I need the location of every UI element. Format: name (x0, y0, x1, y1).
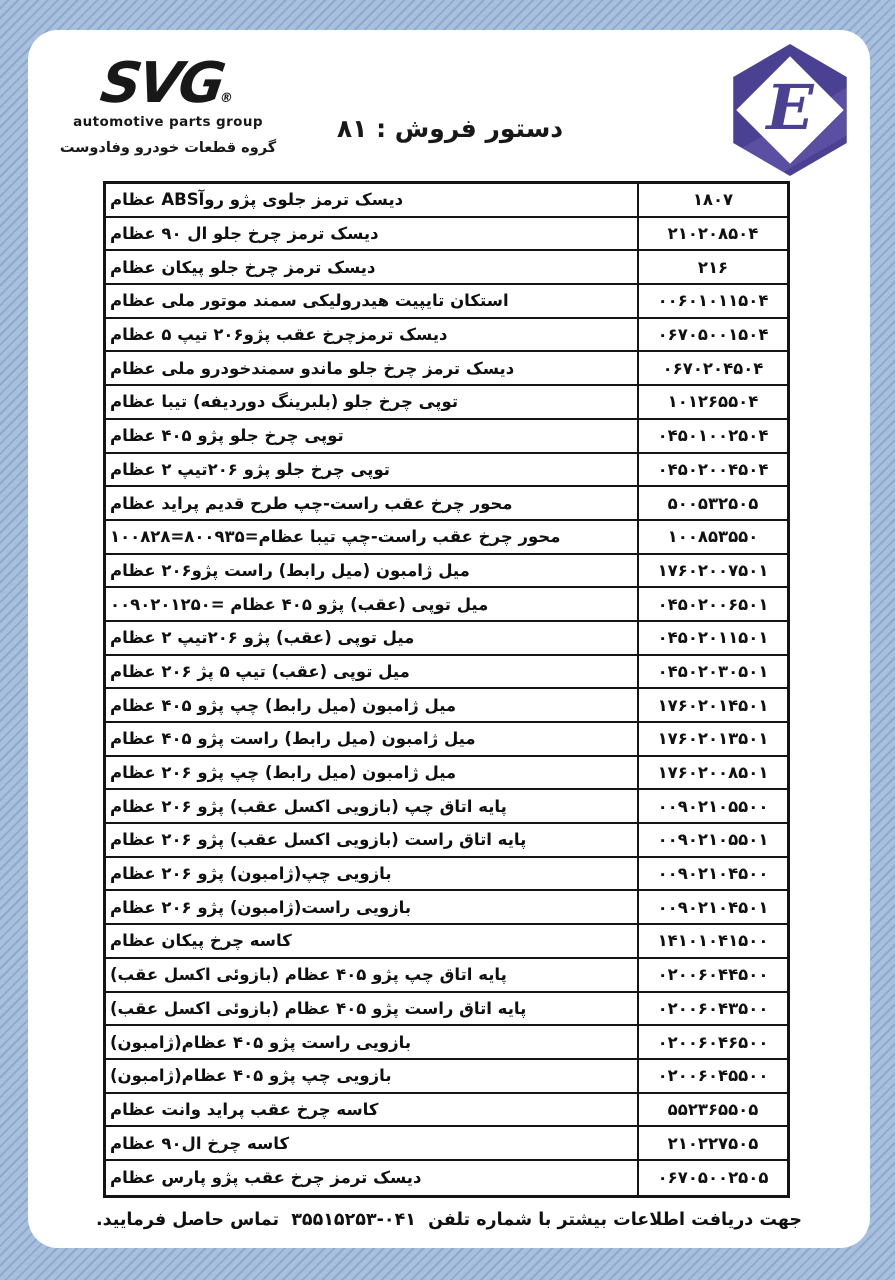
brand-tagline: گروه قطعات خودرو وفادوست (58, 140, 278, 156)
part-code-cell: ۰۴۵۰۲۰۳۰۵۰۱ (637, 656, 787, 688)
part-description-cell: بازویی راست(ژامبون) پژو ۲۰۶ عظام (106, 891, 637, 923)
part-code-cell: ۰۰۹۰۲۱۰۵۵۰۱ (637, 824, 787, 856)
part-code-cell: ۱۷۶۰۲۰۱۴۵۰۱ (637, 689, 787, 721)
part-description-cell: دیسک ترمزچرخ عقب پژو۲۰۶ تیپ ۵ عظام (106, 319, 637, 351)
ezam-emblem-icon: E (724, 44, 856, 176)
part-description-cell: میل ژامبون (میل رابط) چپ پژو ۲۰۶ عظام (106, 757, 637, 789)
brand-subtitle: automotive parts group (58, 114, 278, 130)
part-description-cell: میل ژامبون (میل رابط) راست پژو ۴۰۵ عظام (106, 723, 637, 755)
table-row: دیسک ترمز چرخ جلو پیکان عظام ۲۱۶ (106, 251, 787, 285)
part-code-cell: ۰۰۹۰۲۱۰۴۵۰۱ (637, 891, 787, 923)
table-row: توپی چرخ جلو (بلبرینگ دوردیفه) تیبا عظام… (106, 386, 787, 420)
part-description-cell: میل ژامبون (میل رابط) چپ پژو ۴۰۵ عظام (106, 689, 637, 721)
part-description-cell: بازویی چپ پژو ۴۰۵ عظام(ژامبون) (106, 1060, 637, 1092)
table-row: بازویی چپ پژو ۴۰۵ عظام(ژامبون) ۰۲۰۰۶۰۴۵۵… (106, 1060, 787, 1094)
part-code-cell: ۱۷۶۰۲۰۰۷۵۰۱ (637, 555, 787, 587)
part-code-cell: ۱۰۰۸۵۳۵۵۰ (637, 521, 787, 553)
part-description-cell: توپی چرخ جلو پژو ۲۰۶تیپ ۲ عظام (106, 454, 637, 486)
part-code-cell: ۰۴۵۰۲۰۰۴۵۰۴ (637, 454, 787, 486)
part-code-cell: ۰۲۰۰۶۰۴۴۵۰۰ (637, 959, 787, 991)
table-row: محور چرخ عقب راست-چپ تیبا عظام=۸۰۰۹۳۵=۱۰… (106, 521, 787, 555)
part-code-cell: ۰۲۰۰۶۰۴۵۵۰۰ (637, 1060, 787, 1092)
part-code-cell: ۰۴۵۰۲۰۰۶۵۰۱ (637, 588, 787, 620)
part-code-cell: ۱۴۱۰۱۰۴۱۵۰۰ (637, 925, 787, 957)
table-row: دیسک ترمزچرخ عقب پژو۲۰۶ تیپ ۵ عظام ۰۶۷۰۵… (106, 319, 787, 353)
table-row: میل ژامبون (میل رابط) راست پژو ۴۰۵ عظام … (106, 723, 787, 757)
part-description-cell: بازویی راست پژو ۴۰۵ عظام(ژامبون) (106, 1026, 637, 1058)
part-code-cell: ۰۴۵۰۲۰۱۱۵۰۱ (637, 622, 787, 654)
table-row: پایه اتاق چپ (بازویی اکسل عقب) پژو ۲۰۶ ع… (106, 790, 787, 824)
part-description-cell: کاسه چرخ پیکان عظام (106, 925, 637, 957)
part-code-cell: ۲۱۰۲۲۷۵۰۵ (637, 1127, 787, 1159)
part-code-cell: ۰۲۰۰۶۰۴۶۵۰۰ (637, 1026, 787, 1058)
part-description-cell: میل توپی (عقب) تیپ ۵ پژ ۲۰۶ عظام (106, 656, 637, 688)
part-description-cell: میل ژامبون (میل رابط) راست پژو۲۰۶ عظام (106, 555, 637, 587)
part-code-cell: ۵۰۰۵۳۲۵۰۵ (637, 487, 787, 519)
table-row: میل ژامبون (میل رابط) چپ پژو ۲۰۶ عظام ۱۷… (106, 757, 787, 791)
part-code-cell: ۱۷۶۰۲۰۱۳۵۰۱ (637, 723, 787, 755)
part-code-cell: ۱۰۱۲۶۵۵۰۴ (637, 386, 787, 418)
table-row: استکان تایپیت هیدرولیکی سمند موتور ملی ع… (106, 285, 787, 319)
table-row: کاسه چرخ ال۹۰ عظام ۲۱۰۲۲۷۵۰۵ (106, 1127, 787, 1161)
part-code-cell: ۰۰۶۰۱۰۱۱۵۰۴ (637, 285, 787, 317)
part-description-cell: پایه اتاق چپ پژو ۴۰۵ عظام (بازوئی اکسل ع… (106, 959, 637, 991)
table-row: میل توپی (عقب) تیپ ۵ پژ ۲۰۶ عظام ۰۴۵۰۲۰۳… (106, 656, 787, 690)
part-description-cell: میل توپی (عقب) پژو ۴۰۵ عظام =۰۰۹۰۲۰۱۲۵۰ (106, 588, 637, 620)
part-description-cell: دیسک ترمز چرخ عقب پژو پارس عظام (106, 1161, 637, 1195)
part-description-cell: پایه اتاق راست پژو ۴۰۵ عظام (بازوئی اکسل… (106, 993, 637, 1025)
table-row: بازویی راست پژو ۴۰۵ عظام(ژامبون) ۰۲۰۰۶۰۴… (106, 1026, 787, 1060)
part-code-cell: ۱۷۶۰۲۰۰۸۵۰۱ (637, 757, 787, 789)
emblem-letter: E (724, 44, 856, 176)
table-row: میل ژامبون (میل رابط) چپ پژو ۴۰۵ عظام ۱۷… (106, 689, 787, 723)
svg-logo-icon: SVG® (54, 56, 282, 112)
part-description-cell: محور چرخ عقب راست-چپ طرح قدیم پراید عظام (106, 487, 637, 519)
part-code-cell: ۰۲۰۰۶۰۴۳۵۰۰ (637, 993, 787, 1025)
part-code-cell: ۰۴۵۰۱۰۰۲۵۰۴ (637, 420, 787, 452)
part-description-cell: دیسک ترمز چرخ جلو ال ۹۰ عظام (106, 218, 637, 250)
part-description-cell: استکان تایپیت هیدرولیکی سمند موتور ملی ع… (106, 285, 637, 317)
brand-name: SVG (97, 51, 227, 116)
table-row: پایه اتاق راست پژو ۴۰۵ عظام (بازوئی اکسل… (106, 993, 787, 1027)
part-code-cell: ۲۱۰۲۰۸۵۰۴ (637, 218, 787, 250)
table-row: میل توپی (عقب) پژو ۲۰۶تیپ ۲ عظام ۰۴۵۰۲۰۱… (106, 622, 787, 656)
part-description-cell: کاسه چرخ عقب پراید وانت عظام (106, 1094, 637, 1126)
part-code-cell: ۱۸۰۷ (637, 184, 787, 216)
table-row: پایه اتاق چپ پژو ۴۰۵ عظام (بازوئی اکسل ع… (106, 959, 787, 993)
part-description-cell: توپی چرخ جلو پژو ۴۰۵ عظام (106, 420, 637, 452)
table-row: بازویی چپ(ژامبون) پژو ۲۰۶ عظام ۰۰۹۰۲۱۰۴۵… (106, 858, 787, 892)
table-row: توپی چرخ جلو پژو ۲۰۶تیپ ۲ عظام ۰۴۵۰۲۰۰۴۵… (106, 454, 787, 488)
part-code-cell: ۰۰۹۰۲۱۰۵۵۰۰ (637, 790, 787, 822)
phone-number: ۳۵۵۱۵۲۵۳-۰۴۱ (285, 1210, 422, 1230)
table-row: کاسه چرخ عقب پراید وانت عظام ۵۵۲۳۶۵۵۰۵ (106, 1094, 787, 1128)
part-description-cell: میل توپی (عقب) پژو ۲۰۶تیپ ۲ عظام (106, 622, 637, 654)
footer-text-suffix: تماس حاصل فرمایید. (96, 1210, 279, 1230)
part-code-cell: ۰۶۷۰۲۰۴۵۰۴ (637, 352, 787, 384)
page-title: دستور فروش : ۸۱ (290, 114, 610, 143)
svg-brand-logo: SVG® automotive parts group گروه قطعات خ… (58, 56, 278, 156)
footer-text-prefix: جهت دریافت اطلاعات بیشتر با شماره تلفن (428, 1210, 802, 1230)
table-row: میل ژامبون (میل رابط) راست پژو۲۰۶ عظام ۱… (106, 555, 787, 589)
table-row: پایه اتاق راست (بازویی اکسل عقب) پژو ۲۰۶… (106, 824, 787, 858)
table-row: محور چرخ عقب راست-چپ طرح قدیم پراید عظام… (106, 487, 787, 521)
part-description-cell: پایه اتاق راست (بازویی اکسل عقب) پژو ۲۰۶… (106, 824, 637, 856)
part-description-cell: کاسه چرخ ال۹۰ عظام (106, 1127, 637, 1159)
table-row: دیسک ترمز جلوی پژو روآABS عظام ۱۸۰۷ (106, 184, 787, 218)
part-description-cell: دیسک ترمز جلوی پژو روآABS عظام (106, 184, 637, 216)
part-description-cell: توپی چرخ جلو (بلبرینگ دوردیفه) تیبا عظام (106, 386, 637, 418)
part-description-cell: دیسک ترمز چرخ جلو ماندو سمندخودرو ملی عظ… (106, 352, 637, 384)
part-description-cell: دیسک ترمز چرخ جلو پیکان عظام (106, 251, 637, 283)
table-row: توپی چرخ جلو پژو ۴۰۵ عظام ۰۴۵۰۱۰۰۲۵۰۴ (106, 420, 787, 454)
footer-note: جهت دریافت اطلاعات بیشتر با شماره تلفن ۳… (64, 1210, 834, 1230)
table-row: دیسک ترمز چرخ جلو ال ۹۰ عظام ۲۱۰۲۰۸۵۰۴ (106, 218, 787, 252)
document-card: SVG® automotive parts group گروه قطعات خ… (28, 30, 870, 1248)
part-description-cell: بازویی چپ(ژامبون) پژو ۲۰۶ عظام (106, 858, 637, 890)
part-description-cell: محور چرخ عقب راست-چپ تیبا عظام=۸۰۰۹۳۵=۱۰… (106, 521, 637, 553)
part-description-cell: پایه اتاق چپ (بازویی اکسل عقب) پژو ۲۰۶ ع… (106, 790, 637, 822)
part-code-cell: ۵۵۲۳۶۵۵۰۵ (637, 1094, 787, 1126)
part-code-cell: ۰۶۷۰۵۰۰۲۵۰۵ (637, 1161, 787, 1195)
part-code-cell: ۲۱۶ (637, 251, 787, 283)
part-code-cell: ۰۶۷۰۵۰۰۱۵۰۴ (637, 319, 787, 351)
table-row: میل توپی (عقب) پژو ۴۰۵ عظام =۰۰۹۰۲۰۱۲۵۰ … (106, 588, 787, 622)
part-code-cell: ۰۰۹۰۲۱۰۴۵۰۰ (637, 858, 787, 890)
parts-table: دیسک ترمز جلوی پژو روآABS عظام ۱۸۰۷ دیسک… (103, 181, 790, 1198)
table-row: کاسه چرخ پیکان عظام ۱۴۱۰۱۰۴۱۵۰۰ (106, 925, 787, 959)
table-row: بازویی راست(ژامبون) پژو ۲۰۶ عظام ۰۰۹۰۲۱۰… (106, 891, 787, 925)
table-row: دیسک ترمز چرخ جلو ماندو سمندخودرو ملی عظ… (106, 352, 787, 386)
table-row: دیسک ترمز چرخ عقب پژو پارس عظام ۰۶۷۰۵۰۰۲… (106, 1161, 787, 1195)
registered-mark-icon: ® (219, 91, 234, 106)
